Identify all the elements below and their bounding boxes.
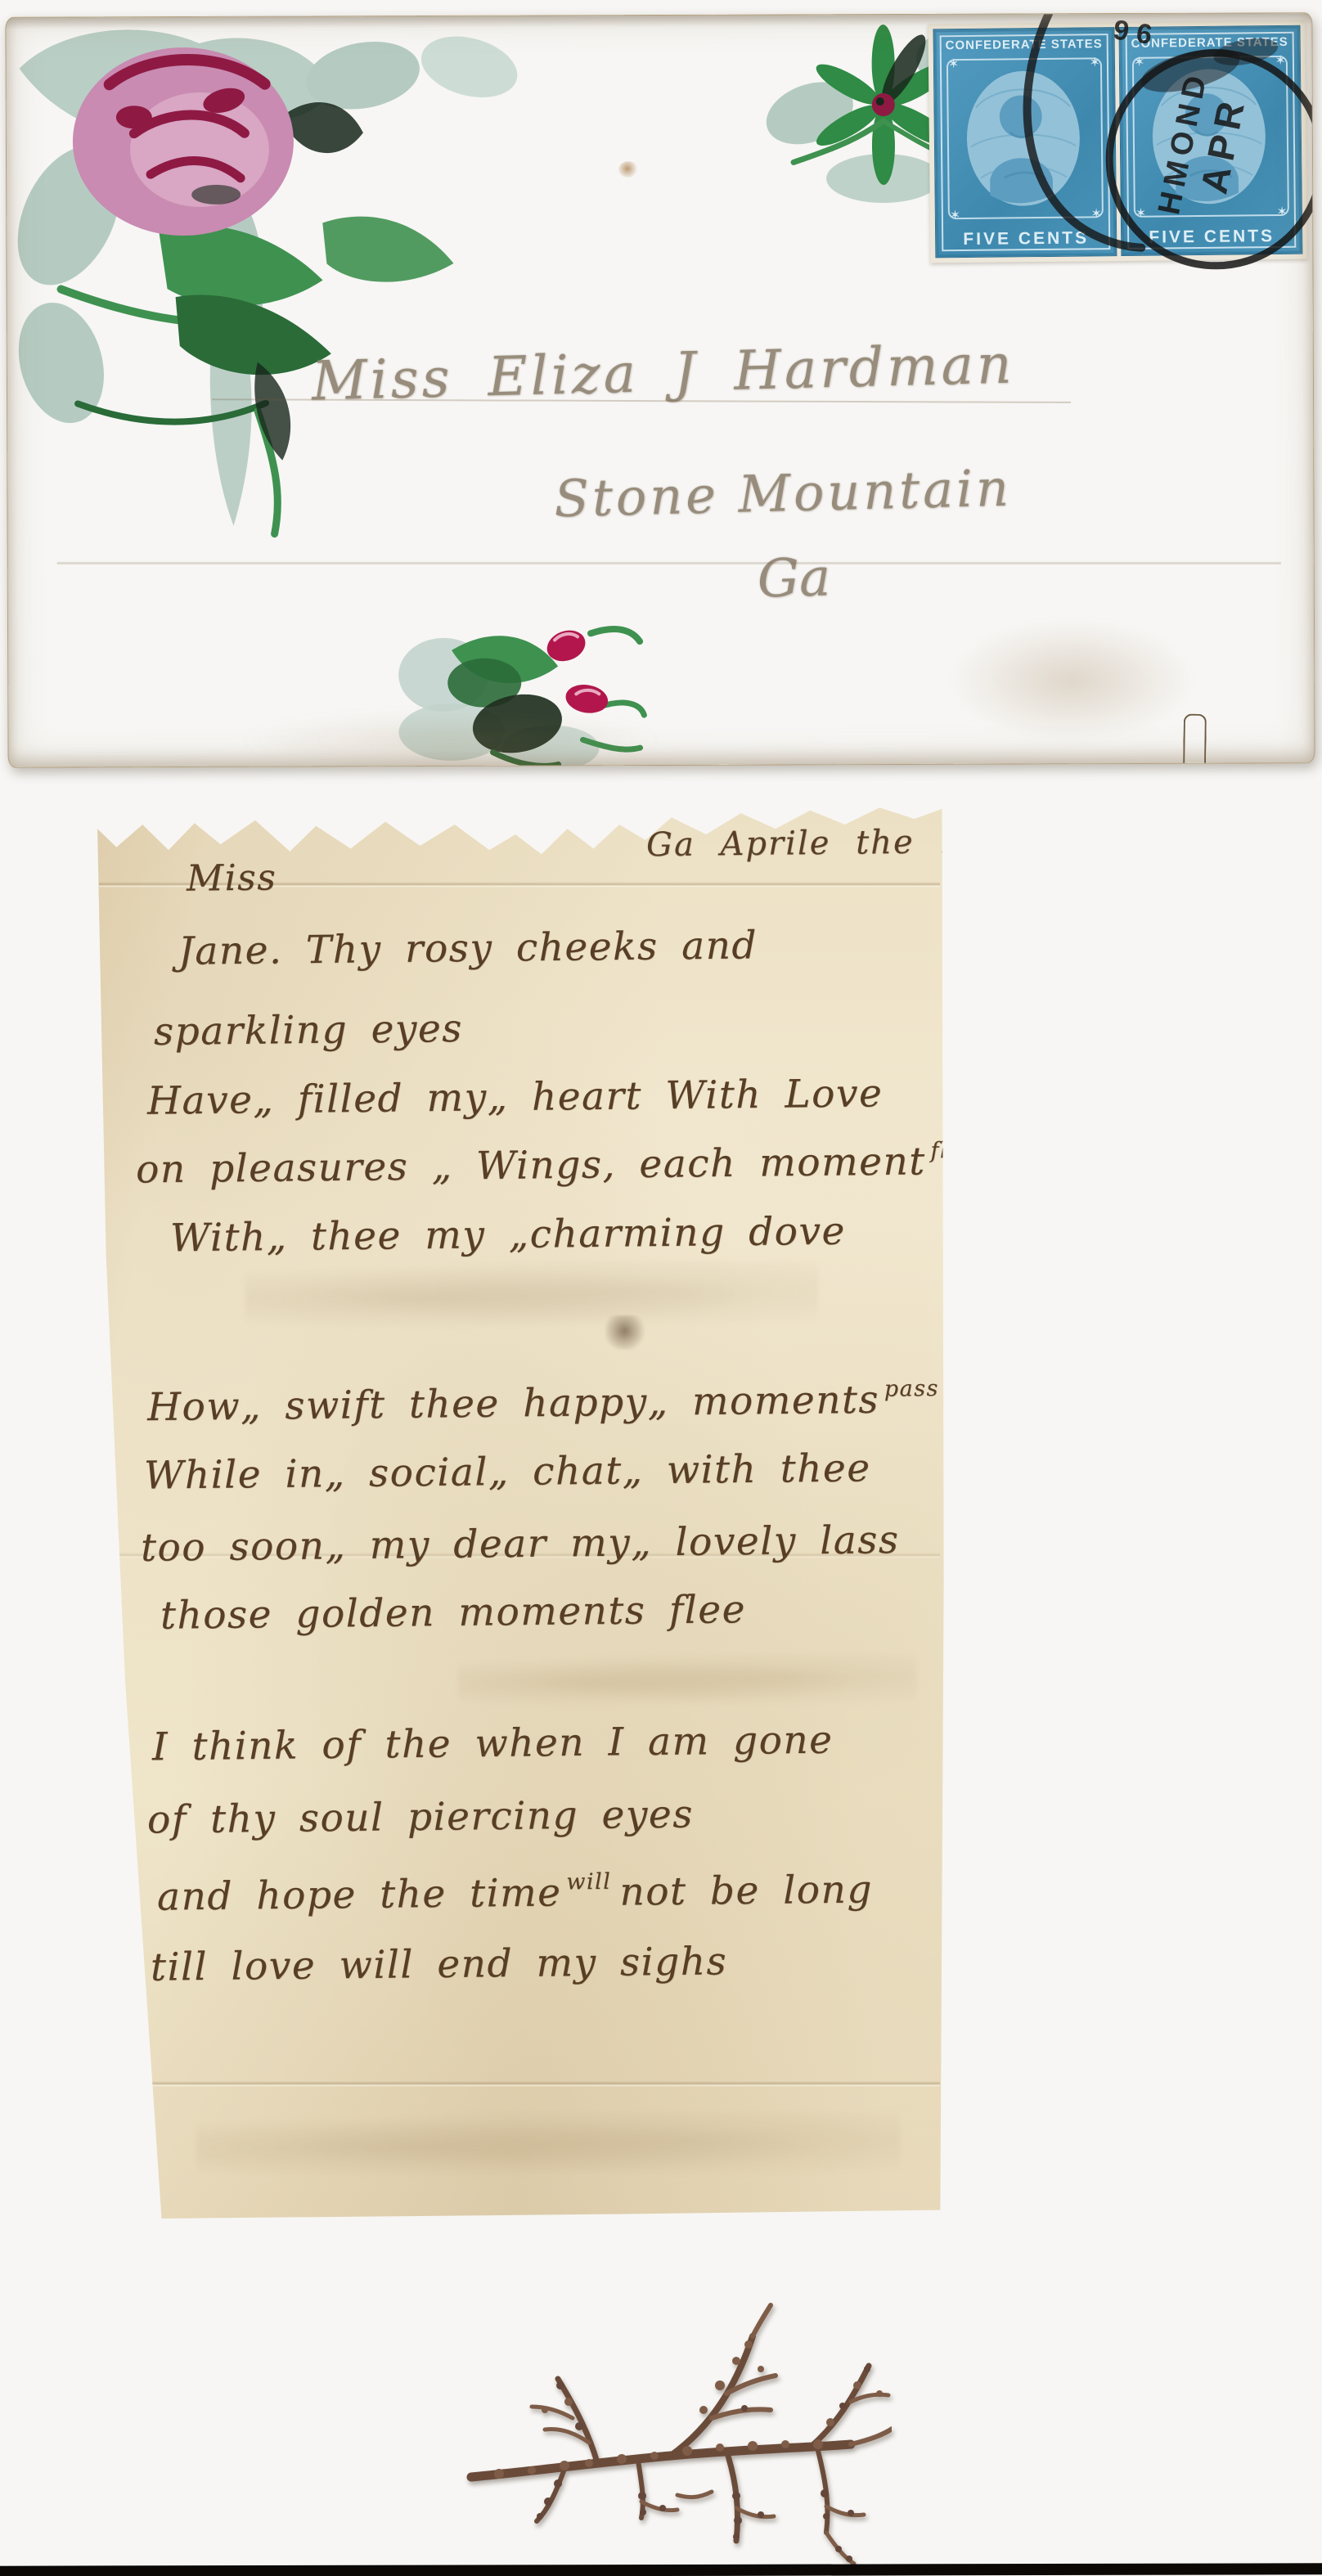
letter-line: of thy soul piercing eyes [147,1792,694,1843]
letter-line: With„ thee my „charming dove [170,1209,846,1261]
line-text: too soon„ my dear my„ lovely lass [141,1517,900,1571]
line-text: of thy soul piercing eyes [147,1792,694,1843]
line-text: I think of the when I am gone [152,1718,834,1770]
line-text: Have„ filled my„ heart With Love [147,1071,884,1123]
letter-line: I think of the when I am gone [152,1718,834,1770]
line-text: and hope the time [157,1870,562,1919]
line-text: not be long [619,1867,873,1914]
letter-salutation: Miss [187,856,277,899]
line-text: How„ swift thee happy„ moments [147,1378,879,1430]
inserted-word: will [566,1869,611,1895]
ink-bleedthrough-smudge [245,1261,818,1335]
scanner-edge-strip [0,2563,1322,2576]
letter-dateline: Ga Aprile the 1 [646,823,993,864]
letter-line: on pleasures „ Wings, each momentflies [136,1139,992,1193]
pressed-plant-sprig [466,2287,892,2575]
ink-blot [965,834,993,856]
line-text: till love will end my sighs [151,1939,728,1989]
line-text: With„ thee my „charming dove [170,1209,846,1261]
letter-page: Ga Aprile the 1 Miss Jane. Thy rosy chee… [82,803,949,2219]
letter-line: Jane. Thy rosy cheeks and [178,923,758,973]
letter-line: How„ swift thee happy„ momentspass [147,1377,948,1430]
envelope-edge-shading [6,13,1314,767]
letter-line: those golden moments flee [160,1587,746,1638]
letter-line: too soon„ my dear my„ lovely lass [141,1517,900,1571]
ink-bleedthrough-smudge [458,1654,916,1711]
letter-line: While in„ social„ chat„ with thee [144,1445,871,1498]
letter-line: till love will end my sighs [151,1939,728,1989]
letter-edge-stain [79,1049,98,1147]
line-text: While in„ social„ chat„ with thee [144,1445,871,1498]
inserted-word: flies [930,1138,983,1164]
line-text: those golden moments flee [160,1587,746,1638]
letter-line: Have„ filled my„ heart With Love [147,1071,884,1123]
line-text: sparkling eyes [154,1006,463,1054]
line-text: on pleasures „ Wings, each moment [136,1139,926,1192]
scanned-document: CONFEDERATE STATES ✶ ✶ ✶ ✶ FIVE CENTS [0,0,1322,2576]
envelope: CONFEDERATE STATES ✶ ✶ ✶ ✶ FIVE CENTS [5,12,1315,768]
letter-line: sparkling eyes [154,1006,463,1054]
ink-bleedthrough-smudge [196,2112,900,2183]
letter-ink-smudge [605,1315,648,1350]
letter-line: and hope the timewillnot be long [157,1867,873,1919]
dateline-text: Ga Aprile the 1 [646,823,962,864]
line-text: Jane. Thy rosy cheeks and [178,923,758,973]
fold-crease [99,2081,940,2087]
inserted-word: pass [884,1376,939,1402]
